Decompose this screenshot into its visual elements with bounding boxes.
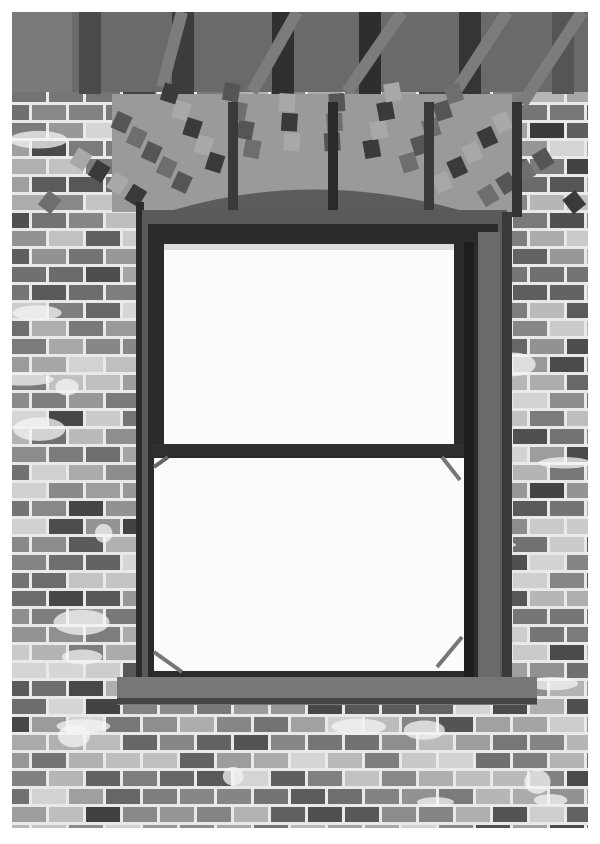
brick-wall-window-photo [12,12,588,828]
window [117,210,537,705]
roof-rafters [12,12,588,104]
